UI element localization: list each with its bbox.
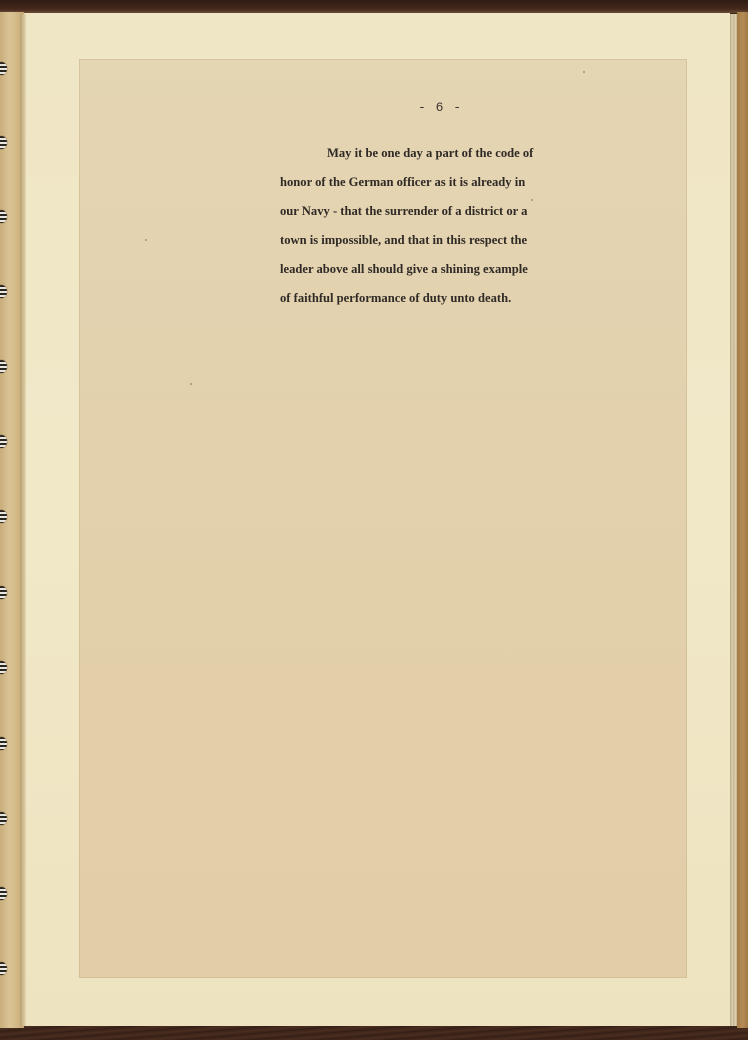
paper-speck (145, 239, 147, 241)
text-line: of faithful performance of duty unto dea… (280, 284, 600, 313)
binder-cover-bottom (0, 1026, 748, 1040)
paper-speck (583, 71, 585, 73)
text-line: town is impossible, and that in this res… (280, 226, 600, 255)
text-line: leader above all should give a shining e… (280, 255, 600, 284)
binder-cover-top (0, 0, 748, 13)
binding-gutter-shadow (20, 14, 26, 1026)
binder-cover-right (737, 12, 748, 1028)
text-line: May it be one day a part of the code of (280, 139, 600, 168)
document-paragraph: May it be one day a part of the code of … (280, 139, 600, 313)
page-number: - 6 - (0, 100, 748, 115)
paper-speck (190, 383, 192, 385)
text-line: honor of the German officer as it is alr… (280, 168, 600, 197)
stacked-page-edges (729, 14, 737, 1026)
text-line: our Navy - that the surrender of a distr… (280, 197, 600, 226)
